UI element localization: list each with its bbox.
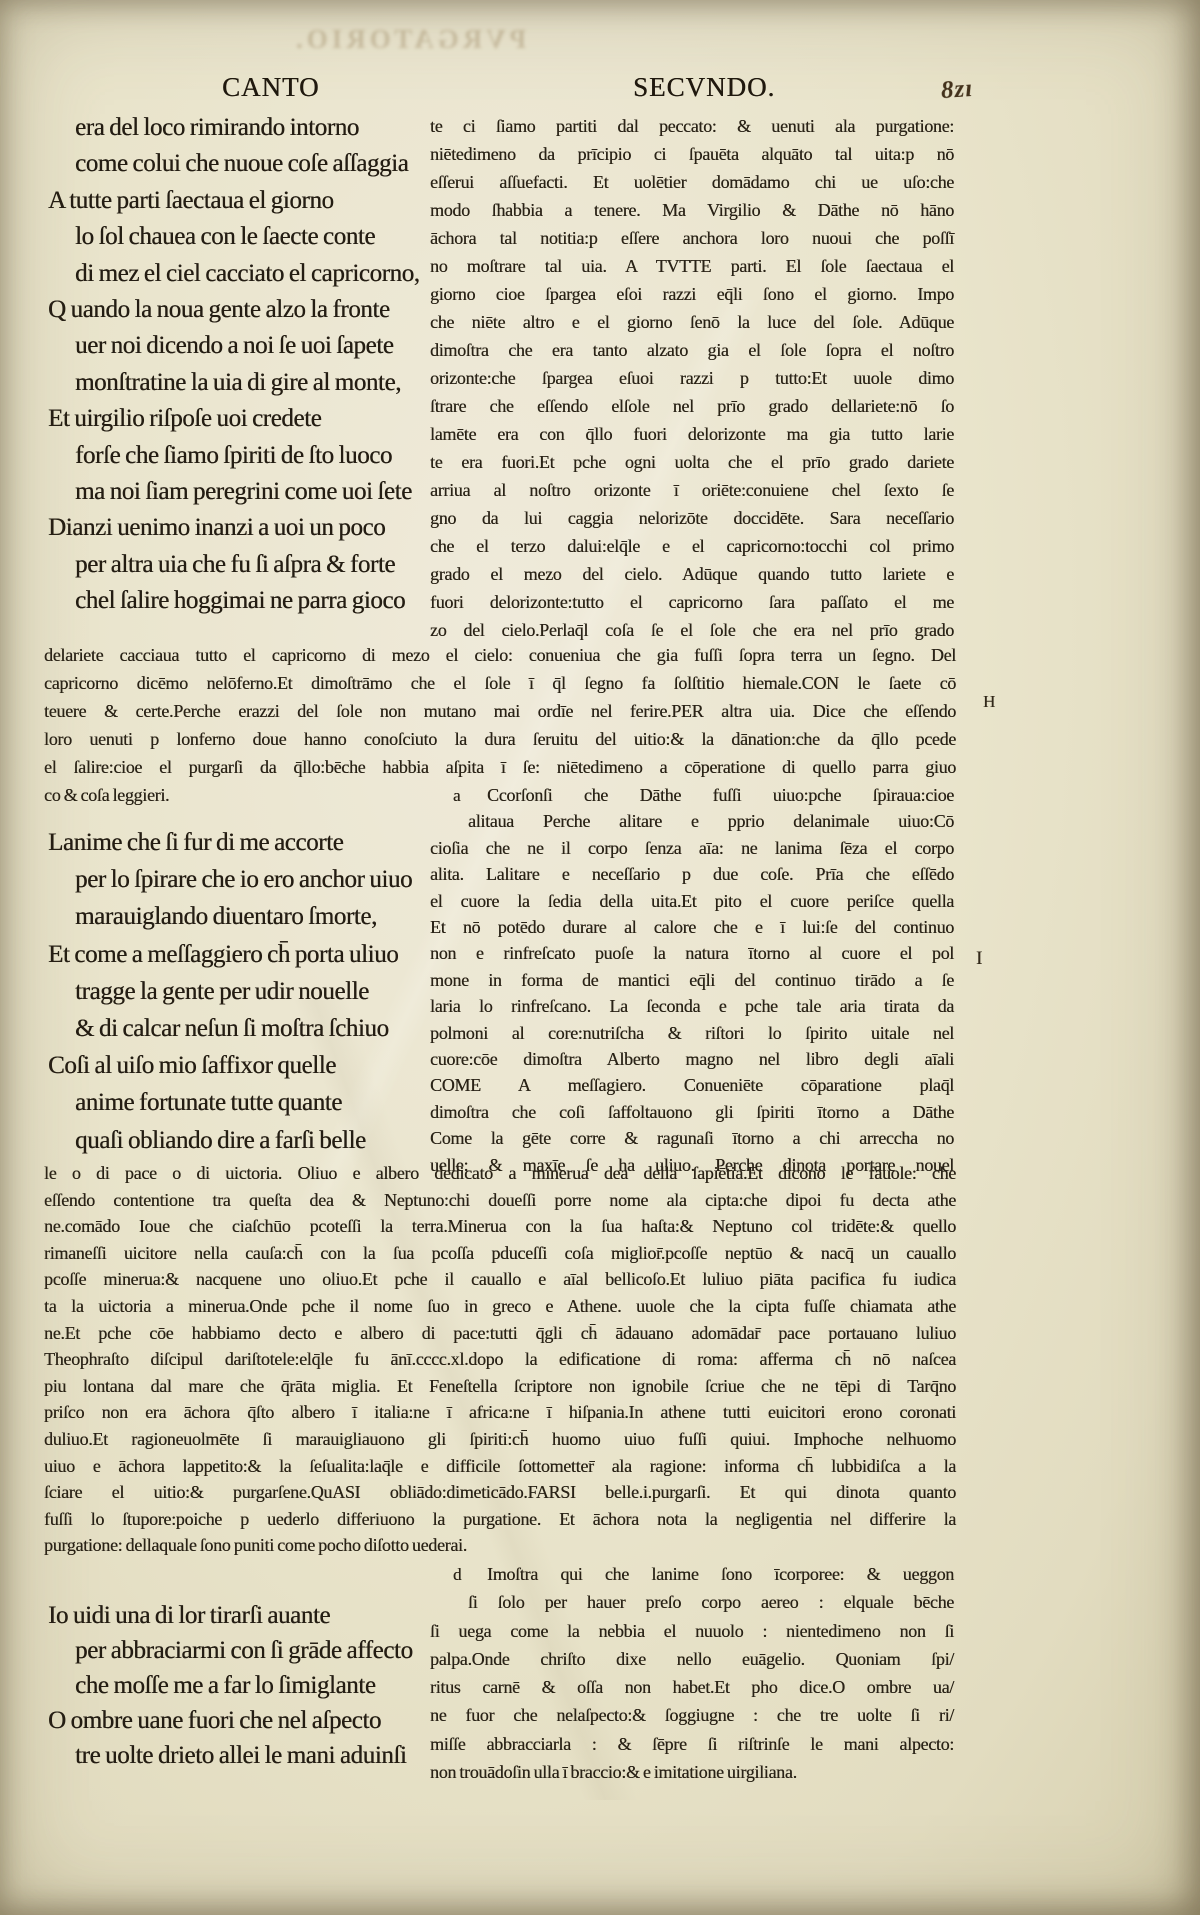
text-line: capricorno dicēmo nelōferno.Et dimoſtrām… [44,669,956,697]
text-line: grado el mezo del cielo. Adūque quando t… [430,560,954,588]
margin-letter-i: I [976,948,982,970]
text-line: lo ſol chauea con le ſaecte conte [48,219,468,255]
text-line: O ombre uane fuori che nel aſpecto [48,1703,468,1738]
text-line: era del loco rimirando intorno [48,110,468,146]
text-line: piu lontana dal mare che q̄rāta miglia. … [44,1373,956,1400]
text-line: di mez el ciel cacciato el capricorno, [48,256,468,292]
text-line: eſſerui aſſuefacti. Et uolētier domādamo… [430,168,954,196]
text-line: ne.comādo Ioue che ciaſchūo pcoteſſi la … [44,1213,956,1240]
text-line: delariete cacciaua tutto el capricorno d… [44,641,956,669]
text-line: le o di pace o di uictoria. Oliuo e albe… [44,1160,956,1187]
text-line: Come la gēte corre & ragunaſi ītorno a c… [430,1125,954,1151]
text-line: che moſſe me a far lo ſimiglante [48,1668,468,1703]
guide-letter-a: a [453,783,460,809]
text-line: che el terzo dalui:elq̄le e el capricorn… [430,532,954,560]
text-line: eſſendo contentione tra queſta dea & Nep… [44,1187,956,1214]
running-title-left: CANTO [222,72,320,103]
text-line: Io uidi una di lor tirarſi auante [48,1598,468,1633]
running-title-right: SECVNDO. [633,72,775,103]
commentary-column-2: a Ccorſonſi che Dāthe fuſſi uiuo:pche ſp… [430,782,954,1178]
text-line: el cuore la ſedia della uita.Et pito el … [430,888,954,914]
text-line: ſi uega come la nebbia el nuuolo : nient… [430,1617,954,1645]
text-line: duliuo.Et ragioneuolmēte ſi marauigliauo… [44,1426,956,1453]
text-line: cioſia che ne il corpo ſenza aīa: ne lan… [430,835,954,861]
text-line: cuore:cōe dimoſtra Alberto magno nel lib… [430,1046,954,1072]
text-line: A tutte parti ſaectaua el giorno [48,183,468,219]
commentary-column-3: d Imoſtra qui che lanime ſono īcorporee:… [430,1560,954,1786]
text-line: alitaua Perche alitare e pprio delanimal… [430,808,954,834]
text-line: fuſſi lo ſtupore:poiche p uederlo differ… [44,1506,956,1533]
text-line: fuori delorizonte:tutto el capricorno ſa… [430,588,954,616]
text-line: ſtrare che eſſendo elſole nel prīo grado… [430,392,954,420]
text-line: che niēte altro e el giorno ſenō la luce… [430,308,954,336]
text-line: giorno cioe ſpargea eſoi razzi eq̄li ſon… [430,280,954,308]
text-line: uiuo e āchora lappetito:& la ſeſualita:l… [44,1453,956,1480]
text-line: teuere & certe.Perche erazzi del ſole no… [44,697,956,725]
text-line: tre uolte drieto allei le mani aduinſi [48,1738,468,1773]
text-line: non e rinfreſcato puoſe la natura ītorno… [430,940,954,966]
text-line: te ci ſiamo partiti dal peccato: & uenut… [430,112,954,140]
text-line: arriua al noſtro orizonte ī oriēte:conui… [430,476,954,504]
text-line: priſco non era āchora q̄ſto albero ī ita… [44,1399,956,1426]
text-line: ritus carnē & oſſa non habet.Et pho dice… [430,1673,954,1701]
text-line: niētedimeno da prīcipio ci ſpauēta alquā… [430,140,954,168]
text-line: Theophraſto diſcipul dariſtotele:elq̄le … [44,1346,956,1373]
text-line: Et come a meſſaggiero ch̄ porta uliuo [48,936,468,973]
text-line: no moſtrare tal uia. A TVTTE parti. El ſ… [430,252,954,280]
text-line: ſciare el uitio:& purgarſene.QuASI obliā… [44,1479,956,1506]
text-line: ne.Et pche cōe habbiamo decto e albero d… [44,1320,956,1347]
text-line: Et uirgilio riſpoſe uoi credete [48,401,468,437]
text-line: per altra uia che fu ſi aſpra & forte [48,547,468,583]
text-line: ta la uictoria a minerua.Onde pche il no… [44,1293,956,1320]
text-line: alita. Lalitare e neceſſario p due coſe.… [430,861,954,887]
text-line: dimoſtra che era tanto alzato gia el ſol… [430,336,954,364]
guide-letter-d: d [453,1561,461,1589]
text-line: orizonte:che ſpargea eſuoi razzi p tutto… [430,364,954,392]
text-line: modo ſhabbia a tenere. Ma Virgilio & Dāt… [430,196,954,224]
text-line: ſi ſolo per hauer preſo corpo aereo : el… [430,1588,954,1616]
text-line: COME A meſſagiero. Conueniēte cōparation… [430,1072,954,1098]
text-line: chel ſalire hoggimai ne parra gioco [48,583,468,619]
text-line: Imoſtra qui che lanime ſono īcorporee: &… [430,1560,954,1588]
text-line: Dianzi uenimo inanzi a uoi un poco [48,510,468,546]
text-line: palpa.Onde chriſto dixe nello euāgelio. … [430,1645,954,1673]
text-line: anime fortunate tutte quante [48,1084,468,1121]
text-line: pcoſſe minerua:& nacquene uno oliuo.Et p… [44,1266,956,1293]
margin-letter-h: H [983,692,995,712]
text-line: mone in forma de mantici eq̄li del conti… [430,967,954,993]
verse-block-1: era del loco rimirando intornocome colui… [48,110,468,620]
text-line: monſtratine la uia di gire al monte, [48,365,468,401]
text-line: ne fuor che nelaſpecto:& ſoggiugne : che… [430,1701,954,1729]
text-line: zo del cielo.Perlaq̄l coſa ſe el ſole ch… [430,616,954,644]
commentary-fullwidth-2: le o di pace o di uictoria. Oliuo e albe… [44,1160,956,1559]
text-line: el ſalire:cioe el purgarſi da q̄llo:bēch… [44,753,956,781]
text-line: per abbraciarmi con ſi grāde affecto [48,1633,468,1668]
text-line: Coſi al uiſo mio ſaffixor quelle [48,1047,468,1084]
text-line: āchora tal notitia:p eſſere anchora loro… [430,224,954,252]
text-line: gno da lui caggia nelorizōte doccidēte. … [430,504,954,532]
text-line: miſſe abbracciarla : & ſēpre ſi riſtrinſ… [430,1730,954,1758]
show-through-text: PVRGATORIO. [292,24,526,55]
text-line: marauiglando diuentaro ſmorte, [48,898,468,935]
text-line: non trouādoſin ulla ī braccio:& e imitat… [430,1758,954,1786]
text-line: per lo ſpirare che io ero anchor uiuo [48,861,468,898]
text-line: uer noi dicendo a noi ſe uoi ſapete [48,328,468,364]
text-line: come colui che nuoue coſe aſſaggia [48,146,468,182]
text-line: & di calcar neſun ſi moſtra ſchiuo [48,1010,468,1047]
verse-block-2: Lanime che ſi fur di me accorteper lo ſp… [48,824,468,1159]
text-line: dimoſtra che coſi ſaffoltauono gli ſpiri… [430,1099,954,1125]
verse-block-3: Io uidi una di lor tirarſi auanteper abb… [48,1598,468,1773]
text-line: purgatione: dellaquale ſono puniti come … [44,1532,956,1559]
book-page: PVRGATORIO. CANTO SECVNDO. 8zı H I era d… [0,0,1200,1915]
text-line: loro uenuti p lonferno doue hanno conoſc… [44,725,956,753]
text-line: tragge la gente per udir nouelle [48,973,468,1010]
text-line: Lanime che ſi fur di me accorte [48,824,468,861]
text-line: te era fuori.Et pche ogni uolta che el p… [430,448,954,476]
text-line: laria lo rinfreſcano. La ſeconda e pche … [430,993,954,1019]
text-line: rimaneſſi uicitore nella cauſa:ch̄ con l… [44,1240,956,1267]
folio-mark-handwritten: 8zı [940,75,974,105]
text-line: lamēte era con q̄llo fuori delorizonte m… [430,420,954,448]
commentary-column-1: te ci ſiamo partiti dal peccato: & uenut… [430,112,954,644]
text-line: quaſi obliando dire a farſi belle [48,1122,468,1159]
text-line: forſe che ſiamo ſpiriti de ſto luoco [48,438,468,474]
text-line: polmoni al core:nutriſcha & riſtori lo ſ… [430,1020,954,1046]
text-line: Q uando la noua gente alzo la fronte [48,292,468,328]
text-line: Ccorſonſi che Dāthe fuſſi uiuo:pche ſpir… [430,782,954,808]
text-line: ma noi ſiam peregrini come uoi ſete [48,474,468,510]
text-line: Et nō potēdo durare al calore che e ī lu… [430,914,954,940]
